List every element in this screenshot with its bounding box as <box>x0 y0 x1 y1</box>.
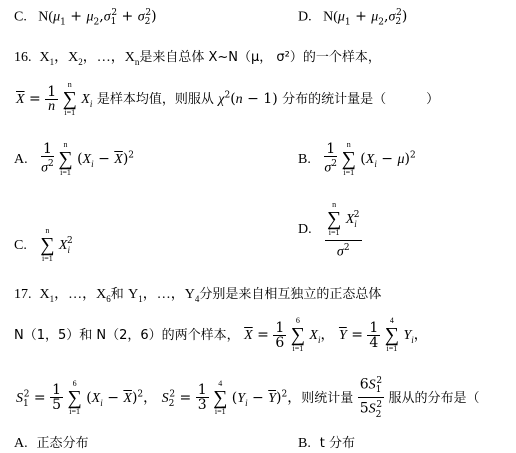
q16-option-a: A. 1σ2 n∑i=1 (Xi − X)2 <box>14 140 134 178</box>
q16-stem-line1: 16. X1，X2，…，Xn是来自总体 X~N（μ， σ²）的一个样本， <box>14 46 381 67</box>
question-number: 16. <box>14 50 32 65</box>
option-label: D. <box>298 10 312 25</box>
q17-stem-line2: N（1，5）和 N（2，6）的两个样本， X = 16 6∑i=1 Xi， Y … <box>14 316 428 354</box>
q17-stem-line3: S12 = 15 6∑i=1 (Xi − X)2， S22 = 13 4∑i=1… <box>16 374 516 422</box>
q17-option-a: A. 正态分布 <box>14 432 89 452</box>
option-label: C. <box>14 10 27 25</box>
q16-option-c: C. n∑i=1 Xi2 <box>14 226 73 264</box>
q16-option-d: D. n∑i=1 Xi2 σ2 <box>298 200 362 260</box>
q16-stem-line2: X = 1n n∑i=1 Xi 是样本均值，则服从 χ2(n − 1) 分布的统… <box>16 80 439 118</box>
q15-option-d: D. N(μ1 + μ2,σ22) <box>298 8 407 27</box>
q16-stem-text: 是来自总体 X~N（μ， σ²）的一个样本， <box>139 50 381 65</box>
q17-option-b: B. t 分布 <box>298 432 355 452</box>
q17-stem-line1: 17. X1，…，X6和 Y1，…，Y4分别是来自相互独立的正态总体 <box>14 283 381 304</box>
question-number: 17. <box>14 287 32 302</box>
q16-option-b: B. 1σ2 n∑i=1 (Xi − μ)2 <box>298 140 416 178</box>
q15-option-c: C. N(μ1 + μ2,σ12 + σ22) <box>14 8 157 27</box>
